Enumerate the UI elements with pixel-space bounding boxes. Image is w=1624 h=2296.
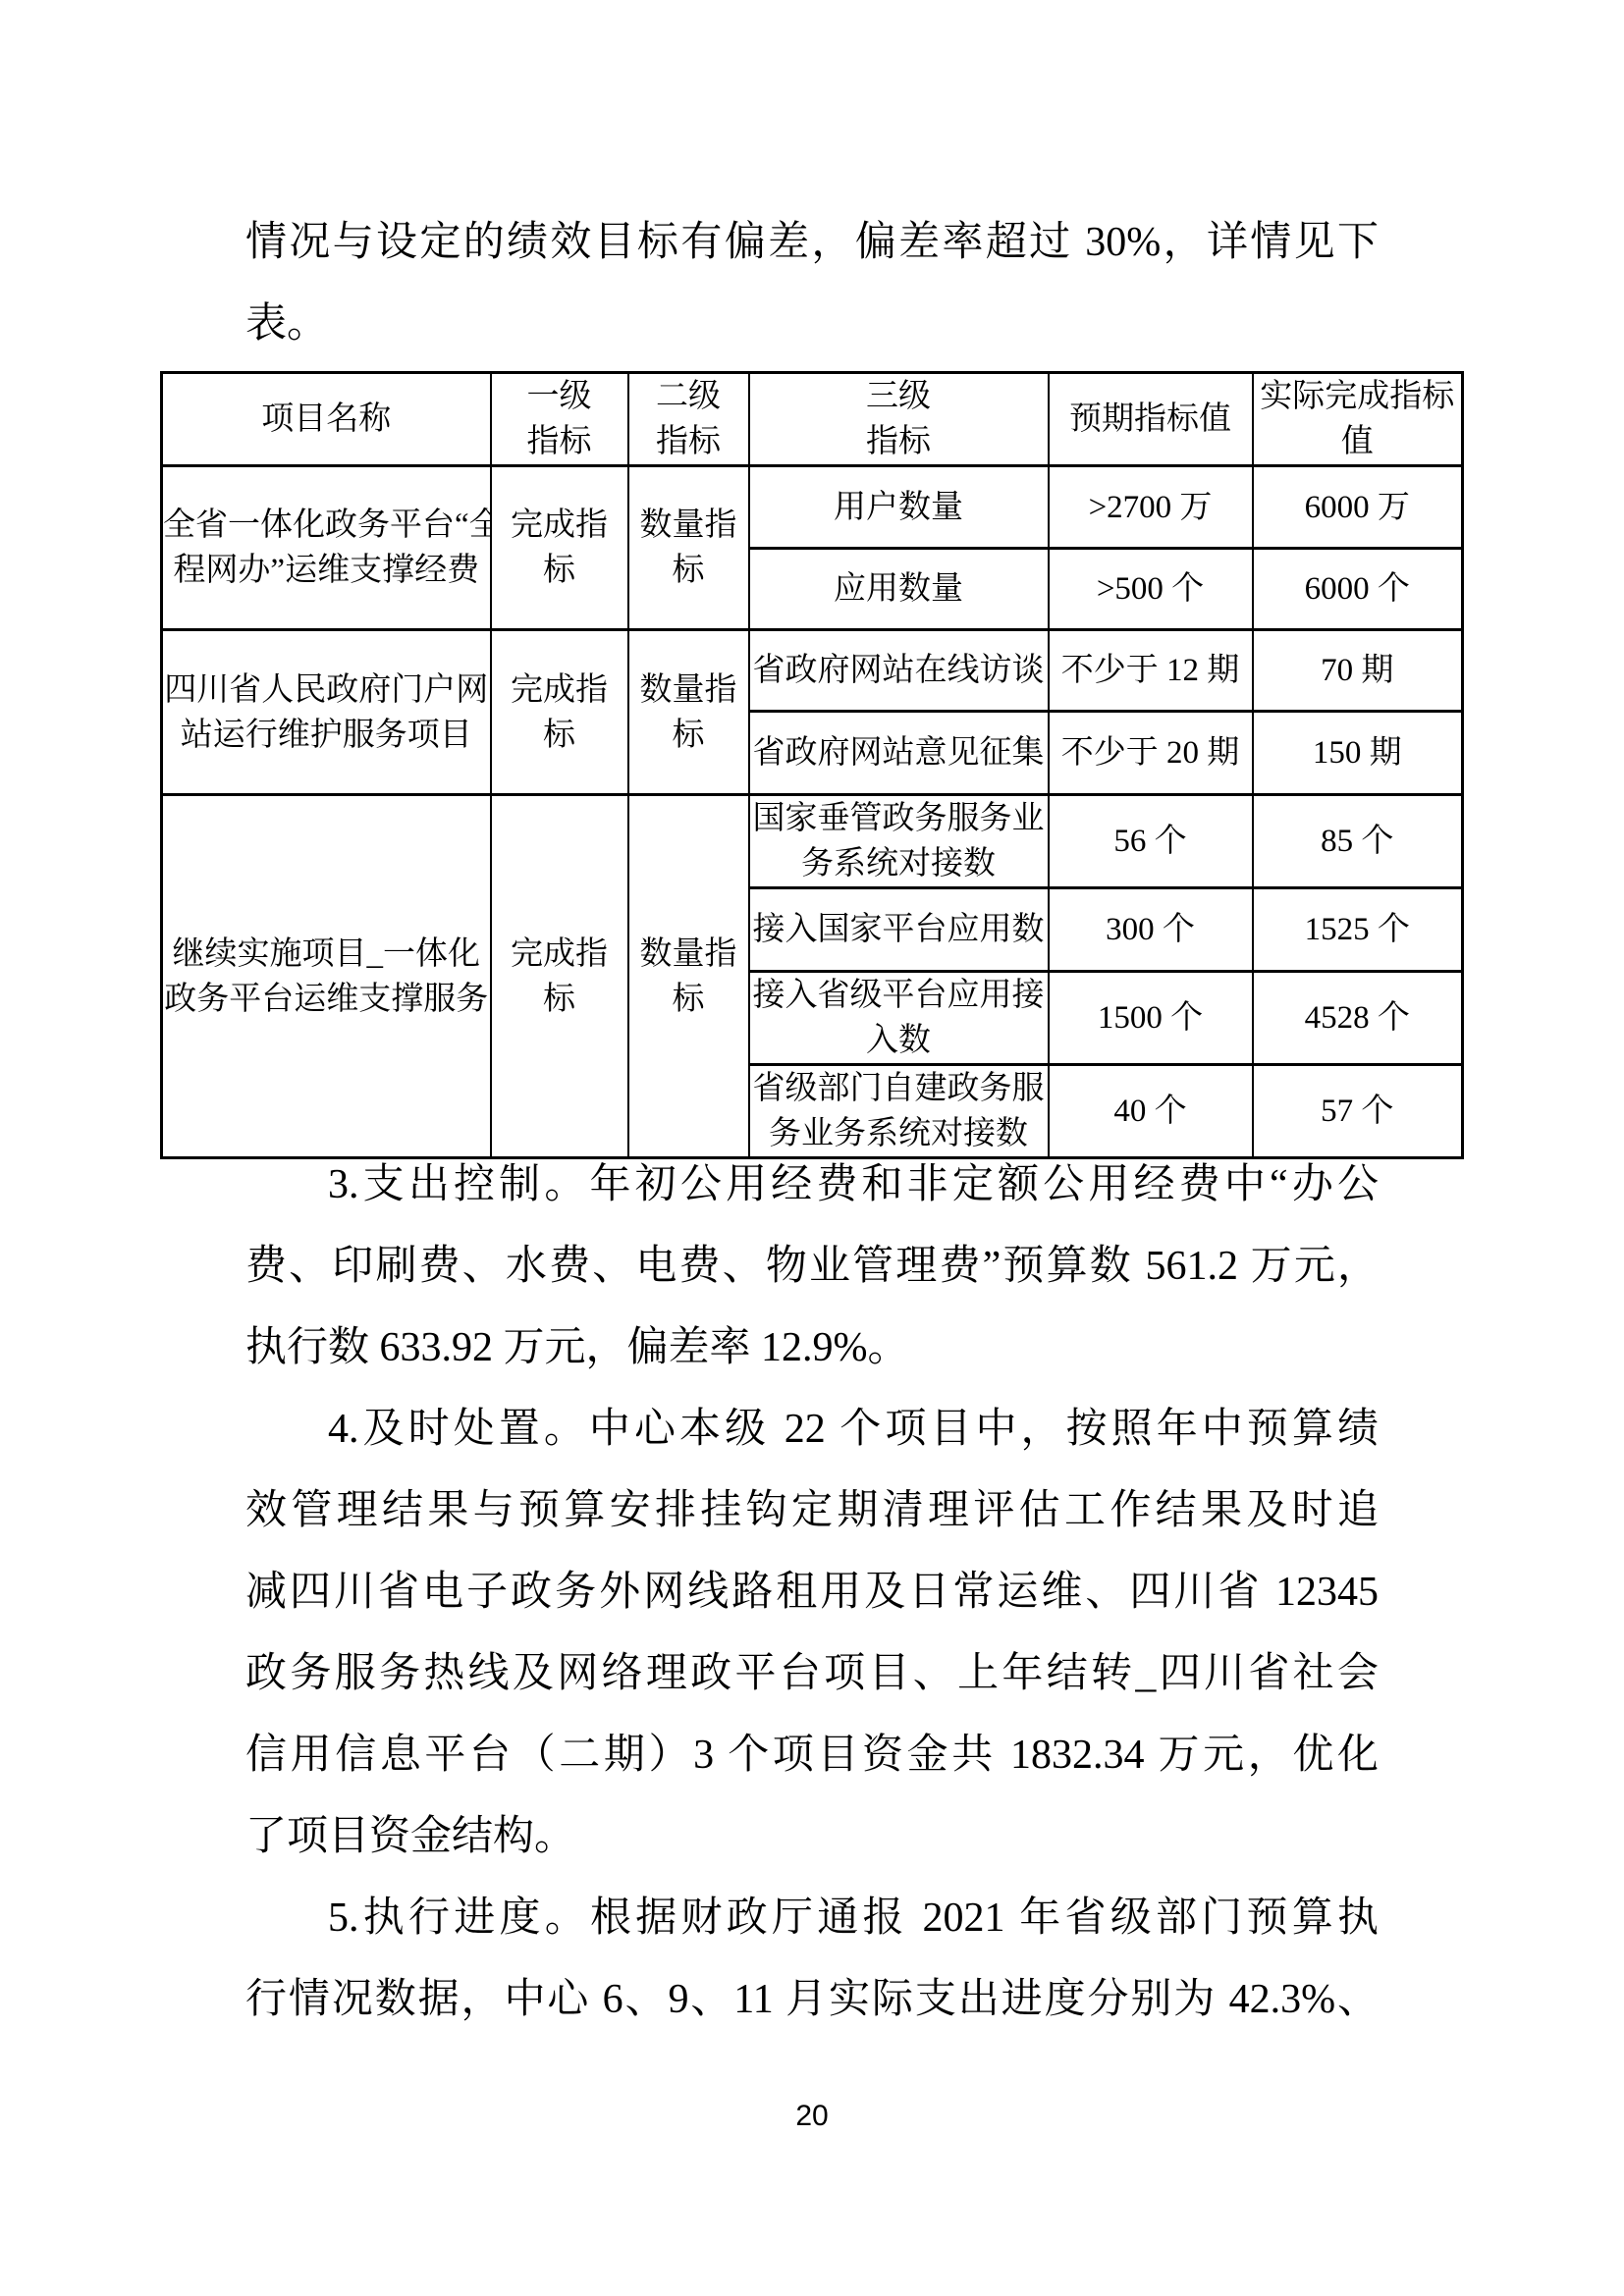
expected-value-cell: 不少于 20 期 xyxy=(1049,712,1253,795)
expected-value-cell: 不少于 12 期 xyxy=(1049,630,1253,712)
page-number: 20 xyxy=(0,2097,1624,2136)
text-line: 费、印刷费、水费、电费、物业管理费”预算数 561.2 万元， xyxy=(245,1226,1379,1308)
text-line: 信用信息平台（二期）3 个项目资金共 1832.34 万元，优化 xyxy=(245,1715,1379,1796)
actual-value-cell: 1525 个 xyxy=(1253,888,1463,972)
project-cell: 四川省人民政府门户网 站运行维护服务项目 xyxy=(162,630,491,795)
project-cell: 全省一体化政务平台“全 程网办”运维支撑经费 xyxy=(162,466,491,630)
table-row: 四川省人民政府门户网 站运行维护服务项目 完成指 标 数量指 标 省政府网站在线… xyxy=(162,630,1463,712)
intro-paragraph: 情况与设定的绩效目标有偏差，偏差率超过 30%，详情见下 表。 xyxy=(245,202,1379,365)
header-expected: 预期指标值 xyxy=(1049,373,1253,466)
metric-name-cell: 省政府网站在线访谈 xyxy=(749,630,1049,712)
metric-name-cell: 用户数量 xyxy=(749,466,1049,549)
level2-cell: 数量指 标 xyxy=(628,630,749,795)
metric-name-cell: 接入省级平台应用接 入数 xyxy=(749,972,1049,1065)
level1-cell: 完成指 标 xyxy=(491,630,628,795)
text-line: 效管理结果与预算安排挂钩定期清理评估工作结果及时追 xyxy=(245,1470,1379,1552)
actual-value-cell: 150 期 xyxy=(1253,712,1463,795)
actual-value-cell: 4528 个 xyxy=(1253,972,1463,1065)
expected-value-cell: 56 个 xyxy=(1049,795,1253,888)
body-paragraphs: 3.支出控制。年初公用经费和非定额公用经费中“办公 费、印刷费、水费、电费、物业… xyxy=(245,1145,1379,2041)
text-line: 3.支出控制。年初公用经费和非定额公用经费中“办公 xyxy=(245,1145,1379,1226)
text-line: 行情况数据，中心 6、9、11 月实际支出进度分别为 42.3%、 xyxy=(245,1959,1379,2041)
header-level3: 三级 指标 xyxy=(749,373,1049,466)
level1-cell: 完成指 标 xyxy=(491,466,628,630)
text-line: 表。 xyxy=(245,284,1379,365)
header-level2: 二级 指标 xyxy=(628,373,749,466)
project-cell: 继续实施项目_一体化 政务平台运维支撑服务 xyxy=(162,795,491,1158)
actual-value-cell: 6000 万 xyxy=(1253,466,1463,549)
level1-cell: 完成指 标 xyxy=(491,795,628,1158)
document-page: 情况与设定的绩效目标有偏差，偏差率超过 30%，详情见下 表。 项目名称 一级 … xyxy=(0,0,1624,2296)
expected-value-cell: >2700 万 xyxy=(1049,466,1253,549)
expected-value-cell: >500 个 xyxy=(1049,549,1253,630)
text-line: 4.及时处置。中心本级 22 个项目中，按照年中预算绩 xyxy=(245,1389,1379,1470)
header-level1: 一级 指标 xyxy=(491,373,628,466)
table-header-row: 项目名称 一级 指标 二级 指标 三级 指标 预期指标值 实际完成指标 值 xyxy=(162,373,1463,466)
text-line: 政务服务热线及网络理政平台项目、上年结转_四川省社会 xyxy=(245,1633,1379,1715)
text-line: 5.执行进度。根据财政厅通报 2021 年省级部门预算执 xyxy=(245,1878,1379,1959)
actual-value-cell: 6000 个 xyxy=(1253,549,1463,630)
performance-indicators-table: 项目名称 一级 指标 二级 指标 三级 指标 预期指标值 实际完成指标 值 全省… xyxy=(160,371,1464,1159)
table-row: 全省一体化政务平台“全 程网办”运维支撑经费 完成指 标 数量指 标 用户数量 … xyxy=(162,466,1463,549)
actual-value-cell: 70 期 xyxy=(1253,630,1463,712)
header-project: 项目名称 xyxy=(162,373,491,466)
metric-name-cell: 国家垂管政务服务业 务系统对接数 xyxy=(749,795,1049,888)
text-line: 了项目资金结构。 xyxy=(245,1796,1379,1878)
header-actual: 实际完成指标 值 xyxy=(1253,373,1463,466)
expected-value-cell: 1500 个 xyxy=(1049,972,1253,1065)
actual-value-cell: 85 个 xyxy=(1253,795,1463,888)
metric-name-cell: 省政府网站意见征集 xyxy=(749,712,1049,795)
text-line: 减四川省电子政务外网线路租用及日常运维、四川省 12345 xyxy=(245,1552,1379,1633)
metric-name-cell: 接入国家平台应用数 xyxy=(749,888,1049,972)
expected-value-cell: 300 个 xyxy=(1049,888,1253,972)
level2-cell: 数量指 标 xyxy=(628,795,749,1158)
table-row: 继续实施项目_一体化 政务平台运维支撑服务 完成指 标 数量指 标 国家垂管政务… xyxy=(162,795,1463,888)
text-line: 情况与设定的绩效目标有偏差，偏差率超过 30%，详情见下 xyxy=(245,202,1379,284)
level2-cell: 数量指 标 xyxy=(628,466,749,630)
text-line: 执行数 633.92 万元，偏差率 12.9%。 xyxy=(245,1308,1379,1389)
metric-name-cell: 应用数量 xyxy=(749,549,1049,630)
